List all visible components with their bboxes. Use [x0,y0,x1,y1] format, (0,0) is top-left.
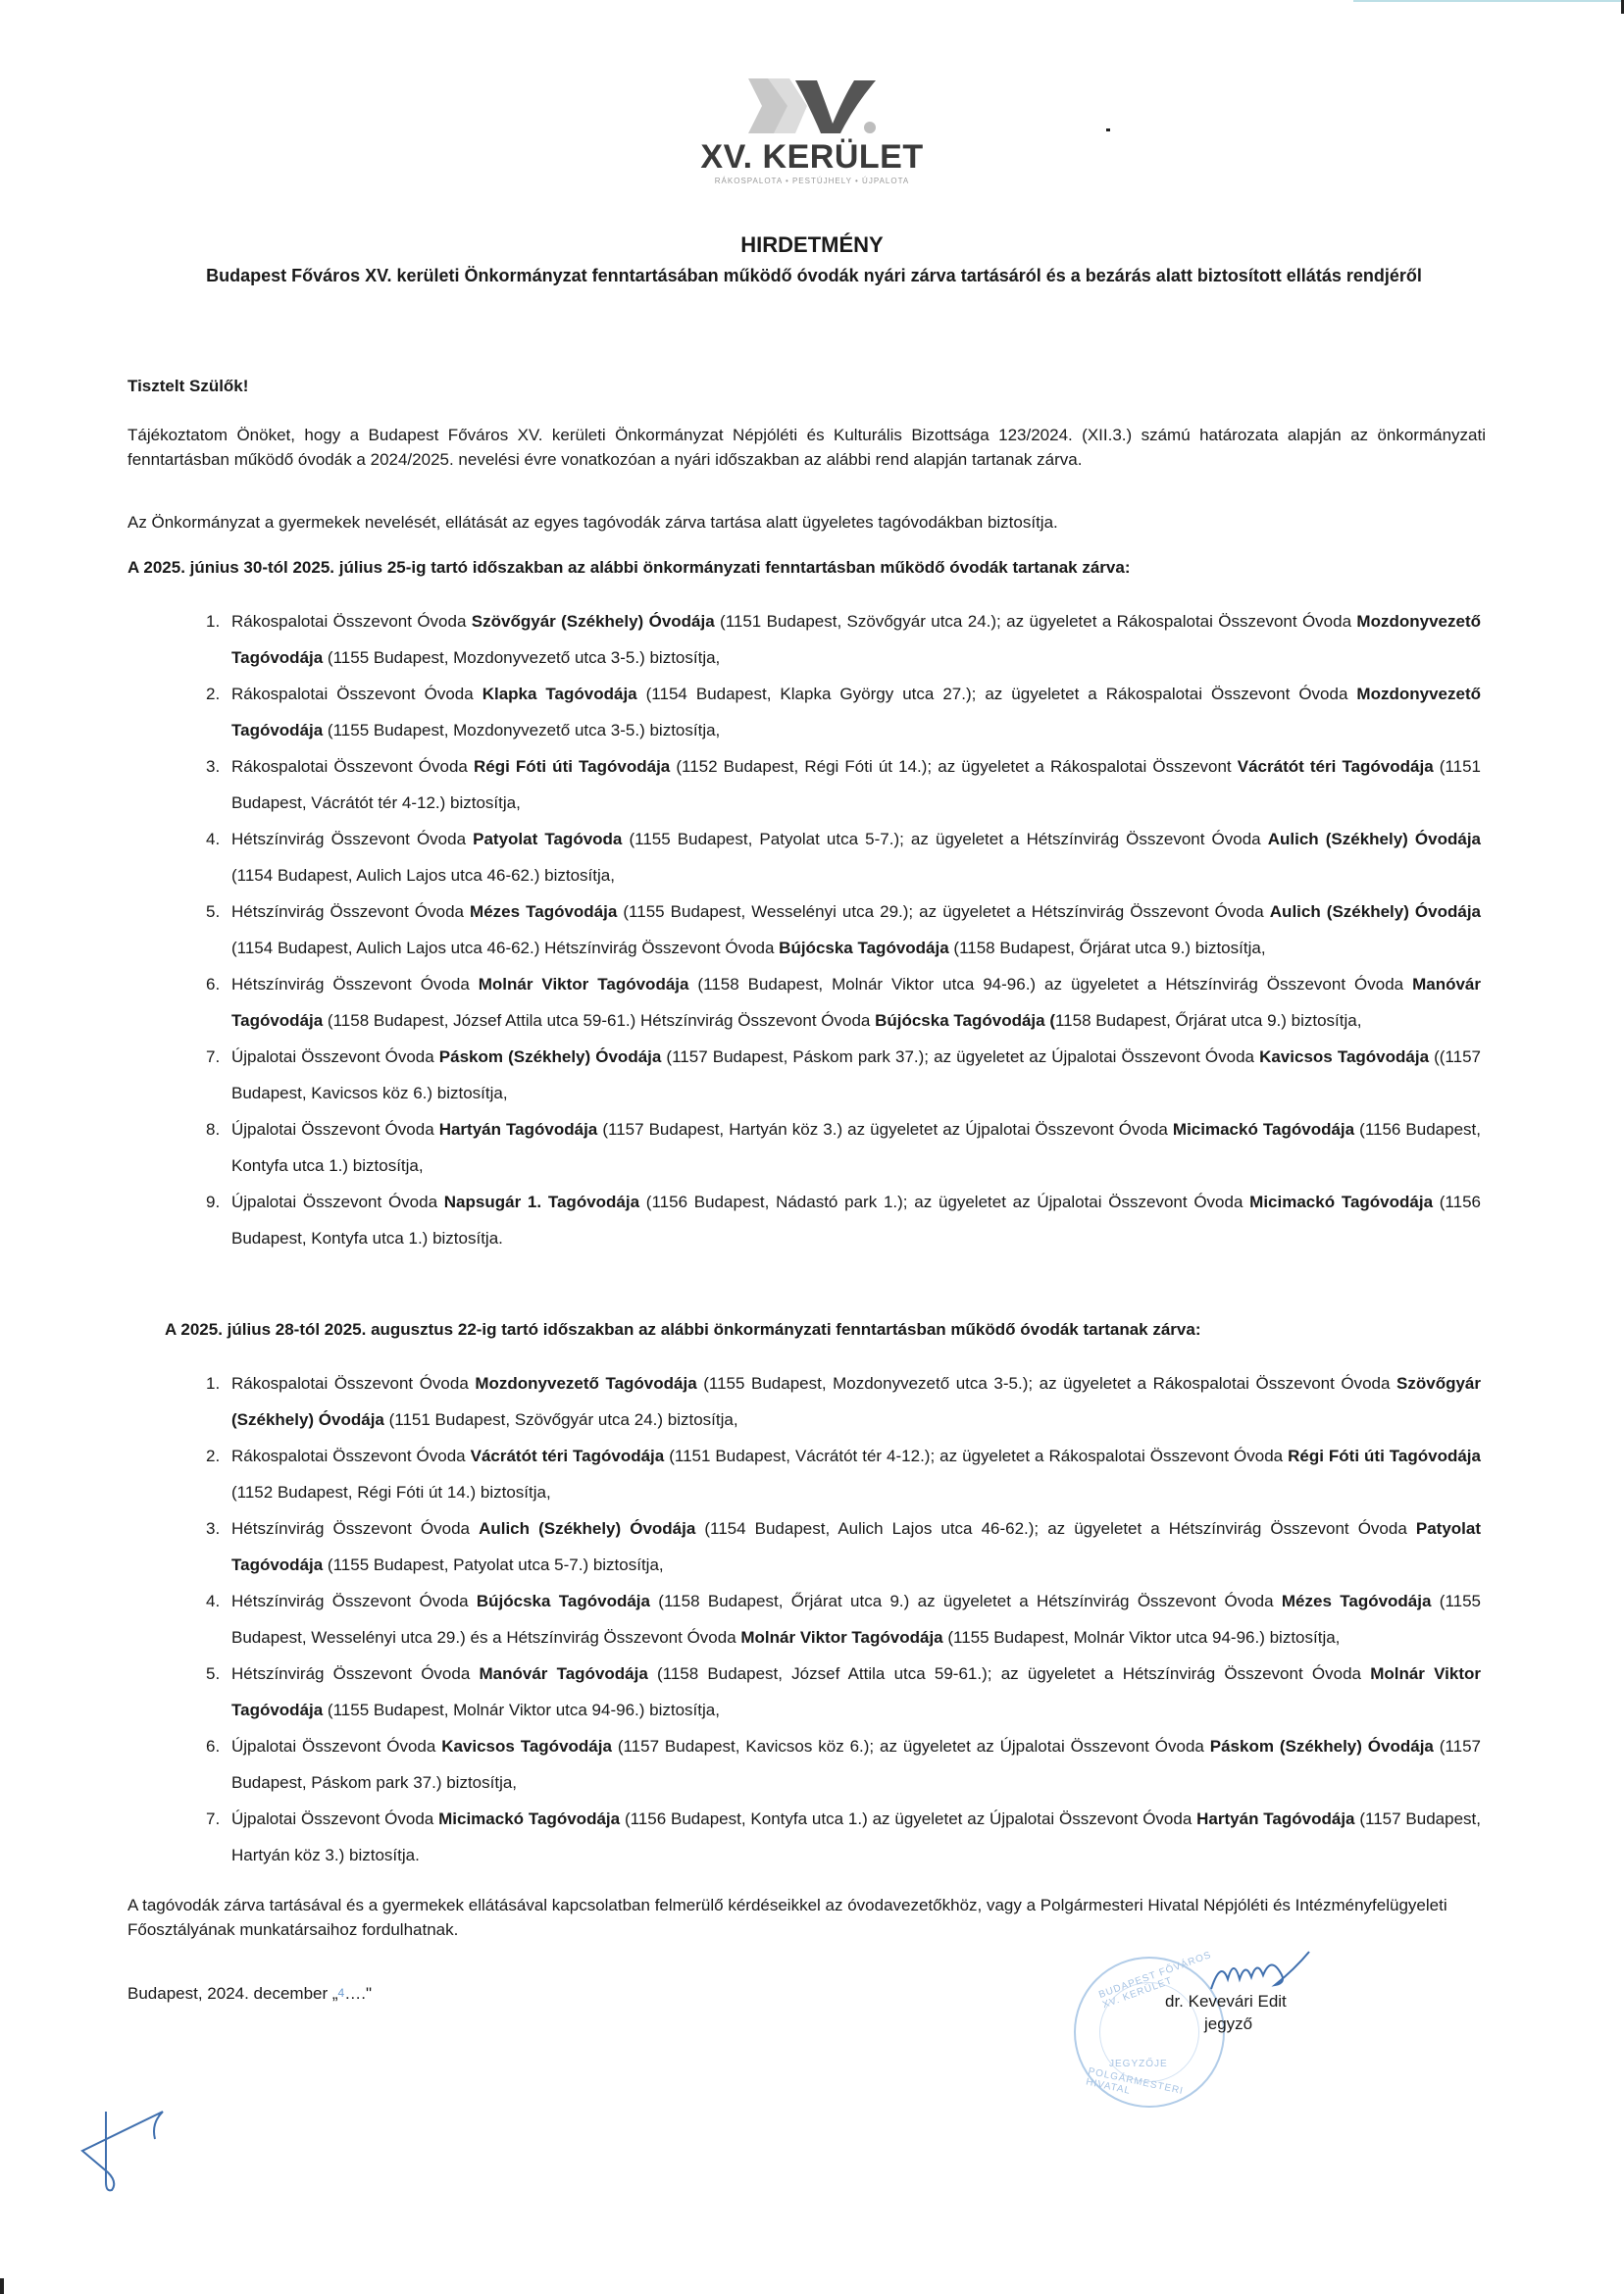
stamp-center-text: JEGYZŐJE [1109,2059,1168,2069]
scan-edge-top [1353,0,1624,2]
item-text: (1158 Budapest, Molnár Viktor utca 94-96… [688,975,1412,994]
closing-paragraph: A tagóvodák zárva tartásával és a gyerme… [127,1893,1486,1942]
kindergarten-name: Vácrátót téri Tagóvodája [1238,757,1434,776]
item-text: (1152 Budapest, Régi Fóti út 14.) biztos… [231,1483,551,1502]
kindergarten-name: Aulich (Székhely) Óvodája [1270,902,1481,921]
scan-speck [1106,128,1110,131]
kindergarten-name: Molnár Viktor Tagóvodája [740,1628,942,1647]
period-1-list: 1.Rákospalotai Összevont Óvoda Szövőgyár… [206,603,1481,1256]
kindergarten-name: Micimackó Tagóvodája [438,1810,620,1828]
item-text: (1158 Budapest, Őrjárat utca 9.) az ügye… [650,1592,1282,1610]
item-text: (1151 Budapest, Szövőgyár utca 24.); az … [715,612,1357,631]
kindergarten-name: Bújócska Tagóvodája [779,939,949,957]
item-text: (1157 Budapest, Páskom park 37.); az ügy… [661,1047,1259,1066]
scan-edge-mark [0,2278,4,2294]
list-number: 3. [206,1510,220,1547]
list-number: 1. [206,1365,220,1402]
list-item: 9.Újpalotai Összevont Óvoda Napsugár 1. … [206,1184,1481,1256]
list-number: 6. [206,966,220,1002]
item-text: (1156 Budapest, Nádastó park 1.); az ügy… [639,1193,1249,1211]
period-1-heading: A 2025. június 30-tól 2025. július 25-ig… [127,555,1486,580]
list-number: 6. [206,1728,220,1764]
list-item: 3.Hétszínvirág Összevont Óvoda Aulich (S… [206,1510,1481,1583]
list-item: 2.Rákospalotai Összevont Óvoda Klapka Ta… [206,676,1481,748]
list-number: 5. [206,1656,220,1692]
item-text: Rákospalotai Összevont Óvoda [231,612,472,631]
kindergarten-name: Klapka Tagóvodája [482,685,637,703]
item-text: (1158 Budapest, József Attila utca 59-61… [648,1664,1370,1683]
item-text: (1156 Budapest, Kontyfa utca 1.) az ügye… [620,1810,1196,1828]
item-text: (1151 Budapest, Vácrátót tér 4-12.); az … [664,1447,1288,1465]
list-item: 8.Újpalotai Összevont Óvoda Hartyán Tagó… [206,1111,1481,1184]
list-number: 4. [206,1583,220,1619]
kindergarten-name: Molnár Viktor Tagóvodája [479,975,689,994]
item-text: (1154 Budapest, Klapka György utca 27.);… [637,685,1357,703]
list-number: 5. [206,893,220,930]
list-item: 2.Rákospalotai Összevont Óvoda Vácrátót … [206,1438,1481,1510]
item-text: (1155 Budapest, Patyolat utca 5-7.); az … [622,830,1267,848]
kindergarten-name: Kavicsos Tagóvodája [441,1737,612,1756]
logo-title: XV. KERÜLET [696,139,928,175]
list-number: 2. [206,676,220,712]
list-item: 6.Hétszínvirág Összevont Óvoda Molnár Vi… [206,966,1481,1039]
item-text: (1151 Budapest, Szövőgyár utca 24.) bizt… [384,1410,738,1429]
item-text: Hétszínvirág Összevont Óvoda [231,902,470,921]
item-text: (1155 Budapest, Molnár Viktor utca 94-96… [323,1701,720,1719]
kindergarten-name: Vácrátót téri Tagóvodája [471,1447,665,1465]
signatory-name: dr. Kevevári Edit [1165,1991,1287,2013]
item-text: Rákospalotai Összevont Óvoda [231,685,482,703]
list-item: 3.Rákospalotai Összevont Óvoda Régi Fóti… [206,748,1481,821]
kindergarten-name: Mézes Tagóvodája [470,902,617,921]
signatory-role: jegyző [1204,2014,1252,2035]
kindergarten-name: Micimackó Tagóvodája [1173,1120,1354,1139]
logo-subtitle: RÁKOSPALOTA • PESTÚJHELY • ÚJPALOTA [696,177,928,185]
item-text: Hétszínvirág Összevont Óvoda [231,1664,479,1683]
list-item: 6.Újpalotai Összevont Óvoda Kavicsos Tag… [206,1728,1481,1801]
xv-logo-icon [738,76,886,137]
list-number: 2. [206,1438,220,1474]
item-text: Hétszínvirág Összevont Óvoda [231,1519,479,1538]
kindergarten-name: Páskom (Székhely) Óvodája [439,1047,662,1066]
kindergarten-name: Hartyán Tagóvodája [1196,1810,1354,1828]
item-text: Újpalotai Összevont Óvoda [231,1737,441,1756]
item-text: (1155 Budapest, Mozdonyvezető utca 3-5.)… [323,721,720,739]
period-2-list: 1.Rákospalotai Összevont Óvoda Mozdonyve… [206,1365,1481,1873]
item-text: (1154 Budapest, Aulich Lajos utca 46-62.… [231,939,779,957]
list-number: 8. [206,1111,220,1147]
item-text: 1158 Budapest, Őrjárat utca 9.) biztosít… [1055,1011,1361,1030]
item-text: (1157 Budapest, Hartyán köz 3.) az ügyel… [597,1120,1173,1139]
kindergarten-name: Mozdonyvezető Tagóvodája [475,1374,696,1393]
item-text: (1158 Budapest, József Attila utca 59-61… [323,1011,875,1030]
kindergarten-name: Páskom (Székhely) Óvodája [1210,1737,1434,1756]
district-logo: XV. KERÜLET RÁKOSPALOTA • PESTÚJHELY • Ú… [696,76,928,185]
list-item: 7.Újpalotai Összevont Óvoda Páskom (Szék… [206,1039,1481,1111]
item-text: (1154 Budapest, Aulich Lajos utca 46-62.… [231,866,615,885]
greeting: Tisztelt Szülők! [127,374,1486,398]
document-subtitle: Budapest Főváros XV. kerületi Önkormányz… [147,263,1481,288]
list-item: 7.Újpalotai Összevont Óvoda Micimackó Ta… [206,1801,1481,1873]
item-text: Hétszínvirág Összevont Óvoda [231,1592,477,1610]
official-stamp: BUDAPEST FŐVÁROS XV. KERÜLET JEGYZŐJE PO… [1074,1957,1225,2108]
list-number: 7. [206,1039,220,1075]
item-text: (1152 Budapest, Régi Fóti út 14.); az üg… [670,757,1238,776]
list-item: 5.Hétszínvirág Összevont Óvoda Manóvár T… [206,1656,1481,1728]
kindergarten-name: Napsugár 1. Tagóvodája [444,1193,639,1211]
list-item: 5.Hétszínvirág Összevont Óvoda Mézes Tag… [206,893,1481,966]
item-text: (1158 Budapest, Őrjárat utca 9.) biztosí… [949,939,1266,957]
kindergarten-name: Régi Fóti úti Tagóvodája [1288,1447,1481,1465]
item-text: (1157 Budapest, Kavicsos köz 6.); az ügy… [612,1737,1210,1756]
list-number: 3. [206,748,220,785]
item-text: Újpalotai Összevont Óvoda [231,1193,444,1211]
intro-paragraph-2: Az Önkormányzat a gyermekek nevelését, e… [127,510,1486,535]
item-text: (1154 Budapest, Aulich Lajos utca 46-62.… [695,1519,1416,1538]
item-text: Rákospalotai Összevont Óvoda [231,1447,471,1465]
date-suffix: …." [344,1984,372,2003]
item-text: (1155 Budapest, Mozdonyvezető utca 3-5.)… [697,1374,1396,1393]
list-item: 4.Hétszínvirág Összevont Óvoda Patyolat … [206,821,1481,893]
item-text: (1155 Budapest, Mozdonyvezető utca 3-5.)… [323,648,720,667]
item-text: (1155 Budapest, Molnár Viktor utca 94-96… [943,1628,1341,1647]
document-title: HIRDETMÉNY [0,232,1624,258]
kindergarten-name: Bújócska Tagóvodája [477,1592,650,1610]
intro-paragraph: Tájékoztatom Önöket, hogy a Budapest Főv… [127,423,1486,472]
item-text: (1155 Budapest, Wesselényi utca 29.); az… [617,902,1269,921]
item-text: Hétszínvirág Összevont Óvoda [231,975,479,994]
list-number: 7. [206,1801,220,1837]
period-2-heading: A 2025. július 28-tól 2025. augusztus 22… [165,1317,1489,1342]
item-text: Rákospalotai Összevont Óvoda [231,757,474,776]
kindergarten-name: Szövőgyár (Székhely) Óvodája [472,612,715,631]
kindergarten-name: Bújócska Tagóvodája ( [875,1011,1055,1030]
kindergarten-name: Aulich (Székhely) Óvodája [1268,830,1481,848]
kindergarten-name: Manóvár Tagóvodája [479,1664,647,1683]
list-item: 1.Rákospalotai Összevont Óvoda Mozdonyve… [206,1365,1481,1438]
list-number: 4. [206,821,220,857]
kindergarten-name: Kavicsos Tagóvodája [1259,1047,1429,1066]
item-text: Újpalotai Összevont Óvoda [231,1120,439,1139]
item-text: Hétszínvirág Összevont Óvoda [231,830,473,848]
kindergarten-name: Régi Fóti úti Tagóvodája [474,757,670,776]
list-item: 4.Hétszínvirág Összevont Óvoda Bújócska … [206,1583,1481,1656]
kindergarten-name: Aulich (Székhely) Óvodája [479,1519,695,1538]
list-number: 9. [206,1184,220,1220]
kindergarten-name: Patyolat Tagóvoda [473,830,622,848]
list-number: 1. [206,603,220,639]
list-item: 1.Rákospalotai Összevont Óvoda Szövőgyár… [206,603,1481,676]
item-text: Rákospalotai Összevont Óvoda [231,1374,475,1393]
item-text: (1155 Budapest, Patyolat utca 5-7.) bizt… [323,1555,663,1574]
item-text: Újpalotai Összevont Óvoda [231,1810,438,1828]
item-text: Újpalotai Összevont Óvoda [231,1047,439,1066]
kindergarten-name: Hartyán Tagóvodája [439,1120,598,1139]
kindergarten-name: Micimackó Tagóvodája [1249,1193,1433,1211]
handwritten-initials-icon [78,2094,177,2202]
date-prefix: Budapest, 2024. december „ [127,1984,338,2003]
kindergarten-name: Mézes Tagóvodája [1282,1592,1432,1610]
